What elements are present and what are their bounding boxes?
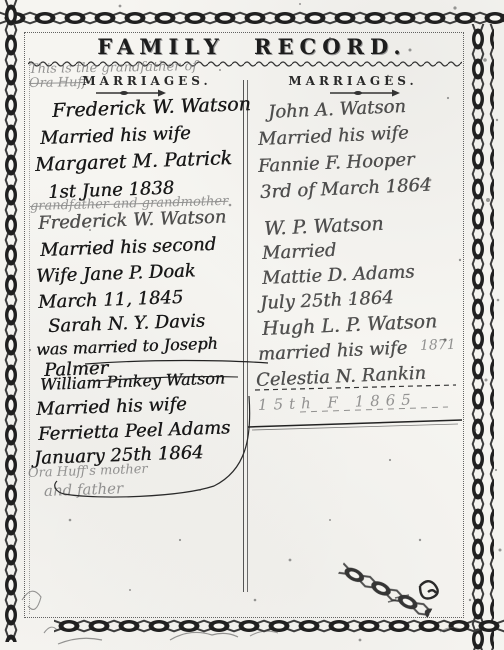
inner-dotted-line-left	[29, 58, 30, 614]
chain-border-top	[0, 9, 504, 29]
marriage-entry-line: Married	[262, 240, 337, 264]
right-column-header: MARRIAGES.	[288, 74, 418, 88]
column-divider-rule	[243, 80, 248, 592]
chain-border-left	[2, 0, 20, 642]
chain-border-bottom	[54, 617, 504, 637]
left-column-header: MARRIAGES.	[82, 74, 212, 88]
chain-border-right	[469, 24, 494, 650]
pencil-note-ora-huff: Ora Huff	[29, 75, 87, 91]
pencil-note-parents: and father	[44, 479, 124, 500]
page-title: FAMILY RECORD.	[0, 34, 504, 59]
scanned-family-record-page: FAMILY RECORD. This is the grandfather o…	[0, 0, 504, 650]
pencil-note-year: 1871	[420, 337, 456, 354]
